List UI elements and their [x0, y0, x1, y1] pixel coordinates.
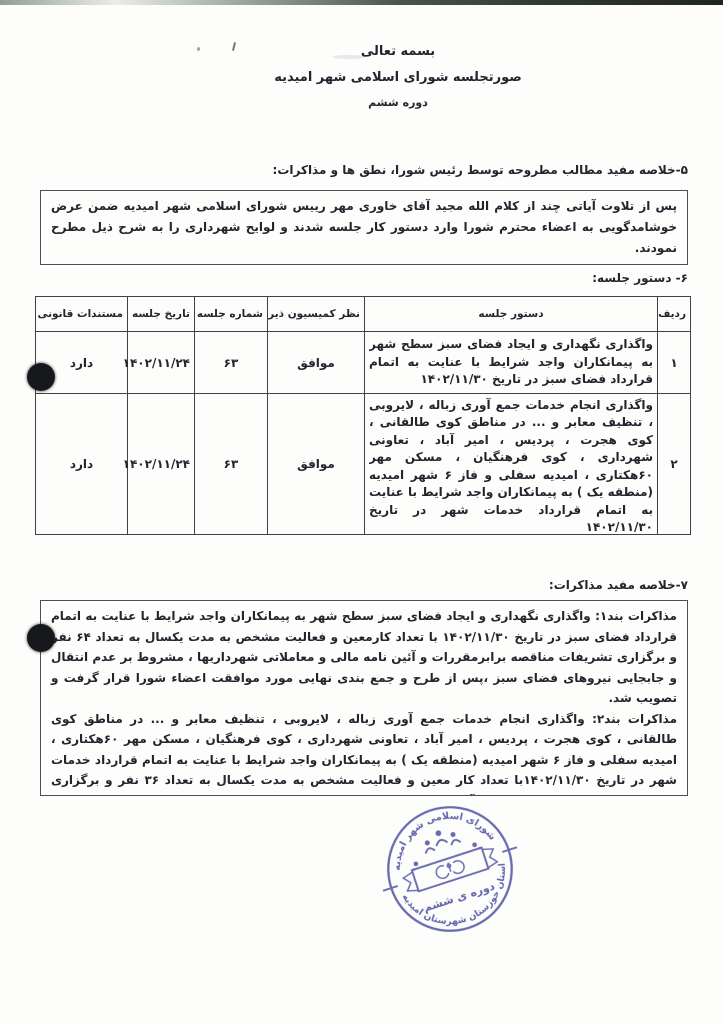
legal-docs-cell: دارد	[36, 394, 128, 535]
table-row: ۱ واگذاری نگهداری و ایجاد فضای سبز سطح ش…	[36, 332, 691, 394]
minutes-item1-paragraph: مذاکرات بند۱: واگذاری نگهداری و ایجاد فض…	[51, 606, 677, 709]
minutes-item2-paragraph: مذاکرات بند۲: واگذاری انجام خدمات جمع آو…	[51, 709, 677, 797]
pen-mark	[232, 42, 236, 51]
row-no-cell: ۲	[658, 394, 691, 535]
scanned-minutes-page: بسمه تعالی صورتجلسه شورای اسلامی شهر امی…	[0, 0, 723, 1024]
bismillah-line: بسمه تعالی	[258, 44, 538, 59]
col-header-row-no: ردیف	[658, 297, 691, 332]
section5-heading: ۵-خلاصه مفید مطالب مطروحه توسط رئیس شورا…	[273, 163, 688, 177]
pen-mark	[197, 47, 200, 51]
section5-box: پس از تلاوت آیاتی چند از کلام الله مجید …	[40, 190, 688, 265]
document-title: صورتجلسه شورای اسلامی شهر امیدیه	[258, 70, 538, 85]
section7-box: مذاکرات بند۱: واگذاری نگهداری و ایجاد فض…	[40, 600, 688, 796]
document-header: بسمه تعالی صورتجلسه شورای اسلامی شهر امی…	[258, 44, 538, 109]
col-header-legal-docs: مستندات قانونی	[36, 297, 128, 332]
session-date-cell: ۱۴۰۲/۱۱/۲۴	[128, 394, 195, 535]
table-header-row: ردیف دستور جلسه نظر کمیسیون ذیربط شماره …	[36, 297, 691, 332]
section7-heading: ۷-خلاصه مفید مذاکرات:	[549, 578, 688, 592]
col-header-session-no: شماره جلسه	[195, 297, 268, 332]
section6-heading: ۶- دستور جلسه:	[592, 271, 688, 285]
row-no-cell: ۱	[658, 332, 691, 394]
council-term: دوره ششم	[258, 96, 538, 109]
commission-opinion-cell: موافق	[268, 332, 365, 394]
agenda-cell: واگذاری نگهداری و ایجاد فضای سبز سطح شهر…	[365, 332, 658, 394]
table-row: ۲ واگذاری انجام خدمات جمع آوری زباله ، ل…	[36, 394, 691, 535]
punch-hole	[27, 624, 55, 652]
commission-opinion-cell: موافق	[268, 394, 365, 535]
agenda-table: ردیف دستور جلسه نظر کمیسیون ذیربط شماره …	[35, 296, 691, 535]
punch-hole	[27, 363, 55, 391]
agenda-cell: واگذاری انجام خدمات جمع آوری زباله ، لای…	[365, 394, 658, 535]
council-stamp: شورای اسلامی شهر امیدیه استان خوزستان شه…	[347, 766, 554, 973]
section5-paragraph: پس از تلاوت آیاتی چند از کلام الله مجید …	[51, 196, 677, 259]
council-stamp-svg: شورای اسلامی شهر امیدیه استان خوزستان شه…	[347, 766, 554, 973]
session-no-cell: ۶۳	[195, 394, 268, 535]
session-date-cell: ۱۴۰۲/۱۱/۲۴	[128, 332, 195, 394]
col-header-agenda: دستور جلسه	[365, 297, 658, 332]
scanner-edge-artifact	[0, 0, 723, 5]
col-header-commission: نظر کمیسیون ذیربط	[268, 297, 365, 332]
session-no-cell: ۶۳	[195, 332, 268, 394]
col-header-session-date: تاریخ جلسه	[128, 297, 195, 332]
